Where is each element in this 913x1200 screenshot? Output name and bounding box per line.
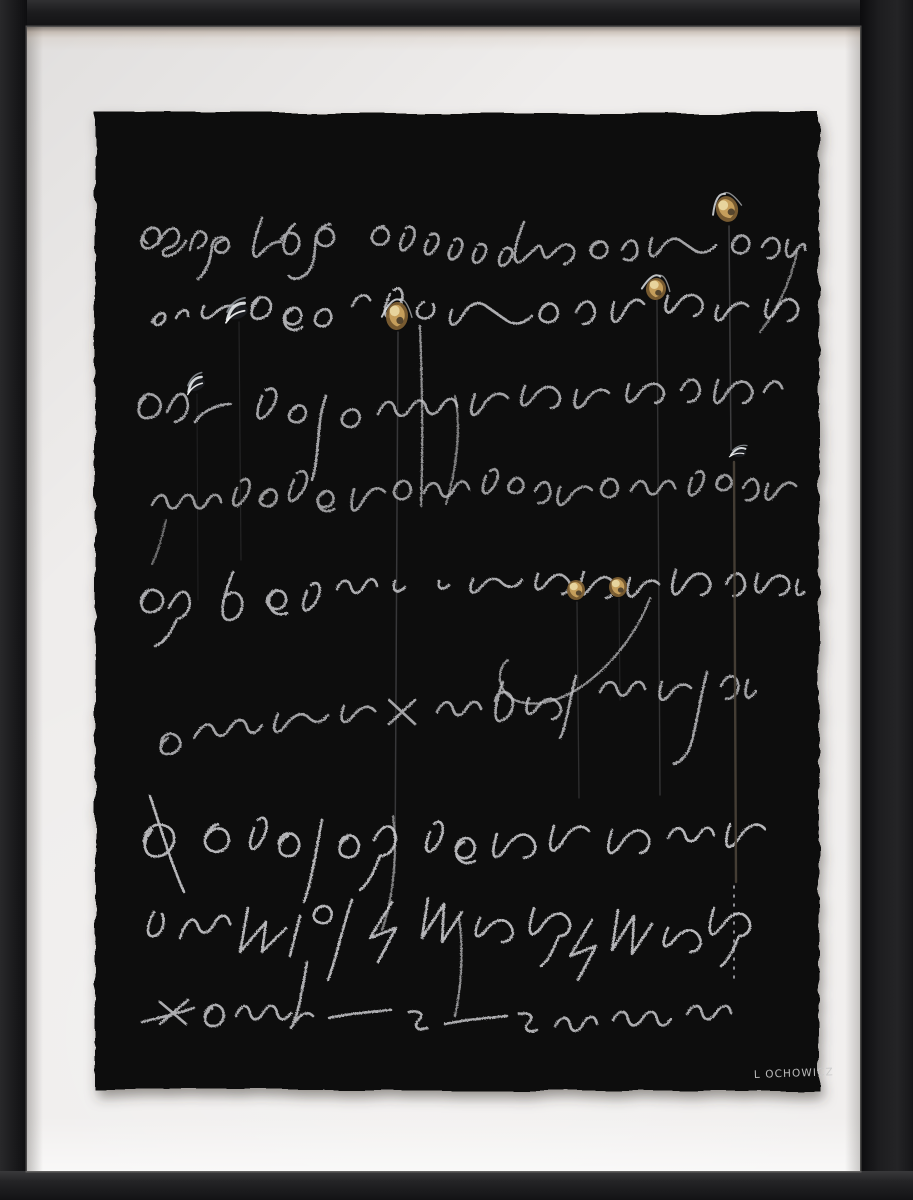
paint-dab-gold <box>567 580 585 600</box>
artist-signature: L OCHOWICZ <box>754 1066 834 1081</box>
artwork-svg: L OCHOWICZ <box>0 0 913 1200</box>
artwork-paper <box>95 113 819 1090</box>
paint-dab-gold <box>609 577 627 597</box>
framed-artwork-photo: L OCHOWICZ <box>0 0 913 1200</box>
